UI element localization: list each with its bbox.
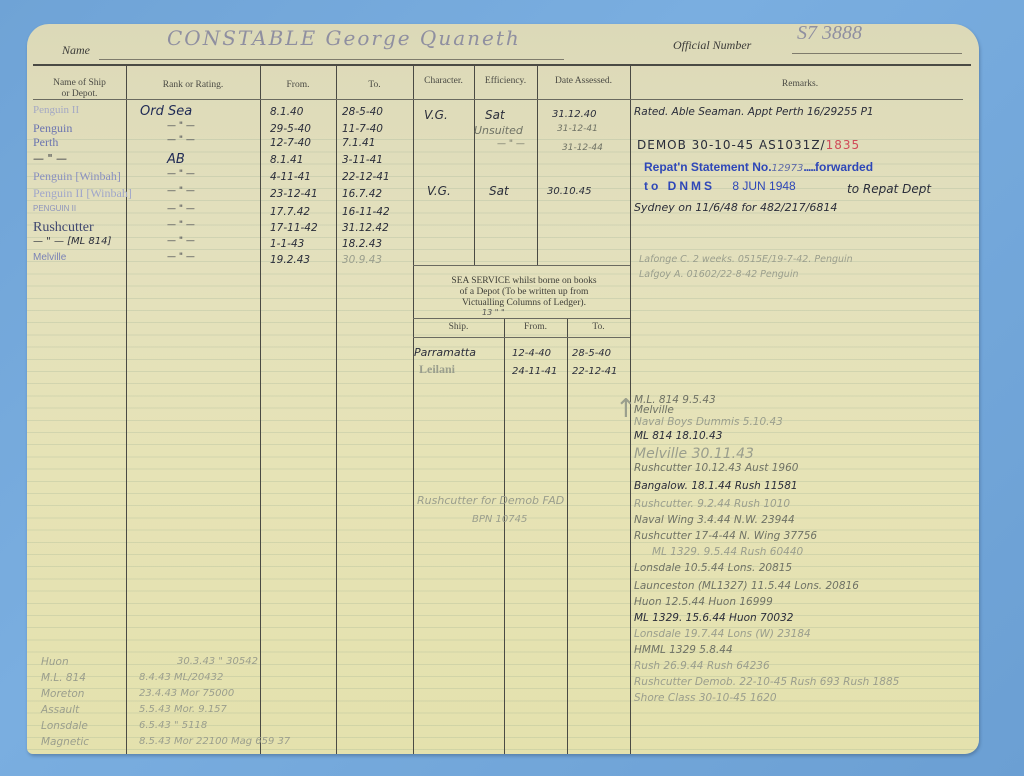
row-to: 28-5-40 — [342, 106, 383, 118]
remark-sydney: Sydney on 11/6/48 for 482/217/6814 — [634, 201, 837, 214]
sea-col-to: To. — [567, 322, 630, 333]
row-rank: — " — — [167, 121, 195, 131]
col-remarks-heading: Remarks. — [630, 79, 970, 90]
col-to-heading: To. — [336, 80, 413, 91]
assessment-character: V.G. — [427, 184, 451, 198]
sea-service-note: 13 " " — [482, 308, 505, 317]
sea-service-title-line: SEA SERVICE whilst borne on books — [419, 276, 629, 287]
assessment-date: 31-12-41 — [557, 124, 598, 134]
assessment-efficiency: Unsuited — [474, 124, 523, 137]
row-from: 23-12-41 — [270, 188, 318, 200]
history-note: Rush 26.9.44 Rush 64236 — [634, 660, 770, 672]
official-number-value: S7 3888 — [797, 24, 862, 45]
row-to: 16.7.42 — [342, 188, 382, 200]
demob-note: BPN 10745 — [472, 514, 527, 525]
stamp-text: Repat'n Statement No. — [644, 160, 772, 174]
stamp-text: forwarded — [815, 160, 873, 174]
sea-service-top-rule — [413, 265, 630, 266]
sea-row-to: 22-12-41 — [572, 366, 617, 377]
row-ship: Rushcutter — [33, 220, 94, 236]
history-note: Rushcutter Demob. 22-10-45 Rush 693 Rush… — [634, 676, 899, 688]
sea-row-from: 12-4-40 — [512, 348, 551, 359]
row-to: 18.2.43 — [342, 238, 382, 250]
sea-service-subheader-rule — [413, 337, 630, 338]
sea-row-from: 24-11-41 — [512, 366, 557, 377]
row-to: 22-12-41 — [342, 171, 390, 183]
history-note: Rushcutter 17-4-44 N. Wing 37756 — [634, 530, 817, 542]
bottom-note-detail: 8.5.43 Mor 22100 Mag 659 37 — [139, 736, 290, 747]
assessment-efficiency: — " — — [497, 139, 525, 149]
row-to: 16-11-42 — [342, 206, 390, 218]
divider — [537, 65, 538, 265]
row-to: 30.9.43 — [342, 254, 382, 266]
row-rank: — " — — [167, 135, 195, 145]
row-rank: — " — — [167, 169, 195, 179]
sea-row-to: 28-5-40 — [572, 348, 611, 359]
bottom-note-detail: 5.5.43 Mor. 9.157 — [139, 704, 227, 715]
row-to: 11-7-40 — [342, 123, 383, 135]
demob-red-number: 1835 — [826, 138, 861, 152]
col-ship-line2: or Depot. — [33, 89, 126, 100]
row-rank: — " — — [167, 236, 195, 246]
demob-note: Rushcutter for Demob FAD — [417, 494, 564, 507]
assessment-date: 31.12.40 — [552, 109, 597, 120]
name-label: Name — [62, 43, 90, 58]
row-from: 29-5-40 — [270, 123, 311, 135]
row-from: 4-11-41 — [270, 171, 311, 183]
bottom-note-detail: 6.5.43 " 5118 — [139, 720, 207, 731]
history-note: HMML 1329 5.8.44 — [634, 644, 733, 656]
history-note: Launceston (ML1327) 11.5.44 Lons. 20816 — [634, 580, 859, 592]
header-rule — [33, 64, 971, 66]
col-rank-heading: Rank or Rating. — [126, 80, 260, 91]
row-rank: Ord Sea — [140, 104, 192, 119]
remark-repat: to Repat Dept — [847, 182, 931, 196]
sea-col-from: From. — [504, 322, 567, 333]
history-note: Naval Boys Dummis 5.10.43 — [634, 416, 783, 428]
remark-faint: Lafonge C. 2 weeks. 0515E/19-7-42. Pengu… — [639, 254, 853, 265]
row-to: 31.12.42 — [342, 222, 389, 234]
divider — [504, 319, 505, 754]
stamp-text: to DNMS — [644, 179, 715, 193]
assessment-date: 31-12-44 — [562, 143, 603, 153]
row-ship: Penguin II — [33, 104, 79, 116]
divider — [126, 65, 127, 754]
col-character-heading: Character. — [413, 76, 474, 87]
history-note: Naval Wing 3.4.44 N.W. 23944 — [634, 514, 795, 526]
col-efficiency-heading: Efficiency. — [474, 76, 537, 87]
row-ship: Penguin [Winbah] — [33, 169, 121, 184]
bottom-note-ship: M.L. 814 — [41, 672, 86, 684]
divider — [413, 65, 414, 754]
bottom-note-ship: Lonsdale — [41, 720, 88, 732]
bottom-note-ship: Moreton — [41, 688, 84, 700]
row-ship: Penguin — [33, 121, 72, 136]
history-note: Melville 30.11.43 — [634, 446, 754, 462]
sea-service-header-rule — [413, 318, 630, 319]
row-rank: — " — — [167, 220, 195, 230]
name-underline — [99, 59, 564, 60]
bottom-note-ship: Huon — [41, 656, 69, 668]
bottom-note-detail: 8.4.43 ML/20432 — [139, 672, 223, 683]
row-from: 8.1.40 — [270, 106, 303, 118]
row-from: 8.1.41 — [270, 154, 303, 166]
bottom-note-ship: Magnetic — [41, 736, 89, 748]
remark-demob: DEMOB 30-10-45 AS1031Z/1835 — [637, 138, 860, 152]
sea-service-title-line: of a Depot (To be written up from — [419, 287, 629, 298]
row-from: 17-11-42 — [270, 222, 318, 234]
history-note: Shore Class 30-10-45 1620 — [634, 692, 777, 704]
bottom-note-ship: Assault — [41, 704, 79, 716]
assessment-character: V.G. — [424, 108, 448, 122]
sea-row-ship: Parramatta — [414, 346, 476, 359]
history-note: ML 1329. 9.5.44 Rush 60440 — [652, 546, 803, 558]
stamp-number: 12973 — [772, 163, 804, 174]
repat-stamp-line2: to DNMS 8 JUN 1948 — [644, 179, 796, 193]
demob-text: DEMOB 30-10-45 AS1031Z/ — [637, 138, 826, 152]
history-note: Lonsdale 19.7.44 Lons (W) 23184 — [634, 628, 811, 640]
col-date-heading: Date Assessed. — [537, 76, 630, 87]
row-ship: — " — — [33, 152, 67, 165]
bottom-note-detail: 30.3.43 " 30542 — [177, 656, 258, 667]
column-header-rule — [33, 99, 963, 100]
official-number-underline — [792, 53, 962, 54]
row-ship: Melville — [33, 252, 66, 263]
history-note: Melville — [634, 404, 674, 416]
sea-row-ship: Leilani — [419, 362, 455, 377]
repat-stamp-line1: Repat'n Statement No.12973.....forwarded — [644, 160, 873, 174]
col-ship-line1: Name of Ship — [33, 78, 126, 89]
assessment-efficiency: Sat — [489, 184, 509, 198]
history-note: Lonsdale 10.5.44 Lons. 20815 — [634, 562, 792, 574]
divider — [336, 65, 337, 754]
stamp-date: 8 JUN 1948 — [732, 179, 795, 193]
remark-faint: Lafgoy A. 01602/22-8-42 Penguin — [639, 269, 798, 280]
assessment-date: 30.10.45 — [547, 186, 592, 197]
divider — [260, 65, 261, 754]
history-note: Huon 12.5.44 Huon 16999 — [634, 596, 773, 608]
remark-rated: Rated. Able Seaman. Appt Perth 16/29255 … — [634, 106, 874, 118]
row-from: 1-1-43 — [270, 238, 304, 250]
row-ship: Perth — [33, 135, 58, 150]
row-to: 7.1.41 — [342, 137, 375, 149]
bottom-note-detail: 23.4.43 Mor 75000 — [139, 688, 234, 699]
sea-service-title-line: Victualling Columns of Ledger). — [419, 298, 629, 309]
row-from: 17.7.42 — [270, 206, 310, 218]
name-value: CONSTABLE George Quaneth — [167, 26, 521, 50]
col-ship-heading: Name of Ship or Depot. — [33, 78, 126, 100]
row-from: 12-7-40 — [270, 137, 311, 149]
history-note: Rushcutter 10.12.43 Aust 1960 — [634, 462, 798, 474]
row-rank: — " — — [167, 186, 195, 196]
official-number-label: Official Number — [673, 38, 751, 53]
row-ship: — " — [ML 814] — [33, 236, 111, 247]
history-note: ML 814 18.10.43 — [634, 430, 722, 442]
row-rank: — " — — [167, 204, 195, 214]
divider — [567, 319, 568, 754]
history-note: ML 1329. 15.6.44 Huon 70032 — [634, 612, 793, 624]
row-rank: AB — [167, 152, 185, 167]
row-rank: — " — — [167, 252, 195, 262]
row-ship: Penguin II [Winbah] — [33, 186, 132, 201]
history-note: Bangalow. 18.1.44 Rush 11581 — [634, 480, 798, 492]
row-to: 3-11-41 — [342, 154, 383, 166]
assessment-efficiency: Sat — [485, 108, 505, 122]
col-from-heading: From. — [260, 80, 336, 91]
history-note: Rushcutter. 9.2.44 Rush 1010 — [634, 498, 790, 510]
service-record-card: Name CONSTABLE George Quaneth Official N… — [27, 24, 979, 754]
row-from: 19.2.43 — [270, 254, 310, 266]
row-ship: PENGUIN II — [33, 204, 76, 213]
sea-col-ship: Ship. — [413, 322, 504, 333]
divider — [474, 65, 475, 265]
sea-service-title: SEA SERVICE whilst borne on books of a D… — [419, 276, 629, 309]
